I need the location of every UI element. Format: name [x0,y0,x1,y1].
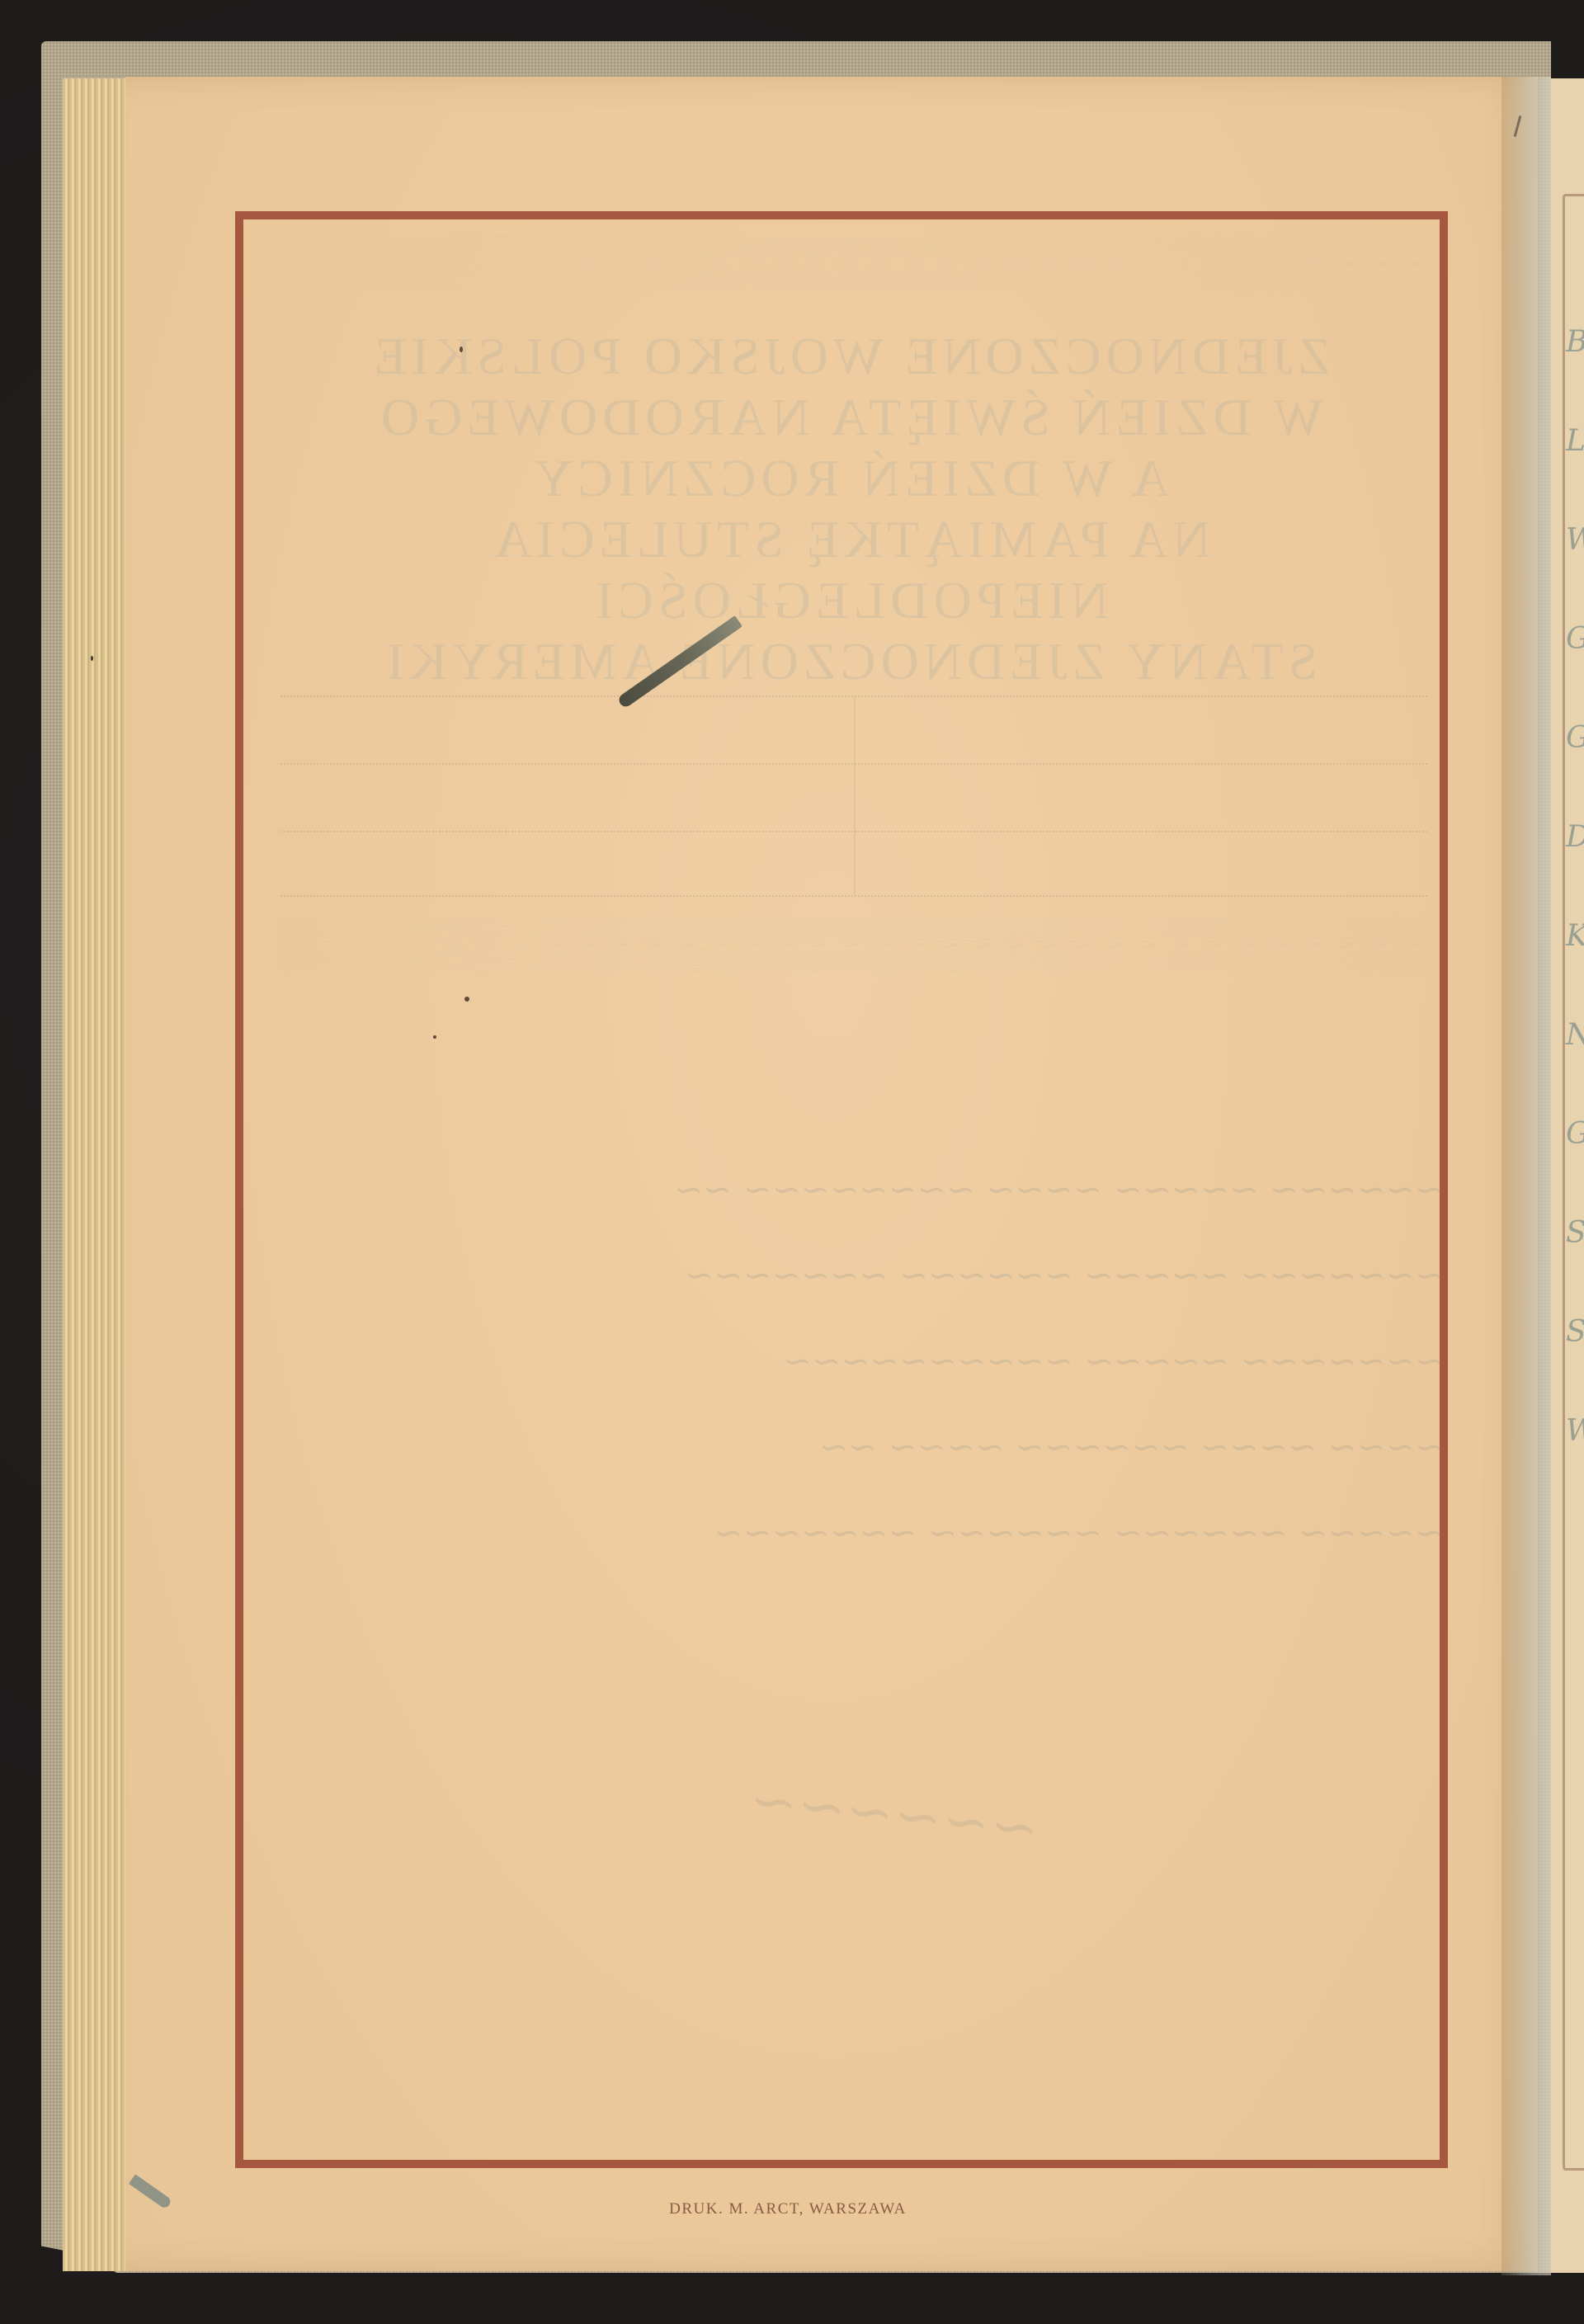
paper-speck [460,346,463,352]
adjacent-page: B L W G G D K N G S S W [1551,78,1584,2273]
imprint-text: DRUK. M. ARCT, WARSZAWA [669,2200,907,2218]
adjacent-page-script: B L W G G D K N G S S W [1566,293,1584,1481]
decorative-frame [235,211,1448,2168]
paper-speck [433,1035,436,1039]
printer-imprint: DRUK. M. ARCT, WARSZAWA [0,2200,1584,2218]
paper-speck [464,997,469,1002]
page-block-edges [63,78,129,2271]
page-gutter [1501,77,1551,2275]
paper-speck [91,656,93,661]
